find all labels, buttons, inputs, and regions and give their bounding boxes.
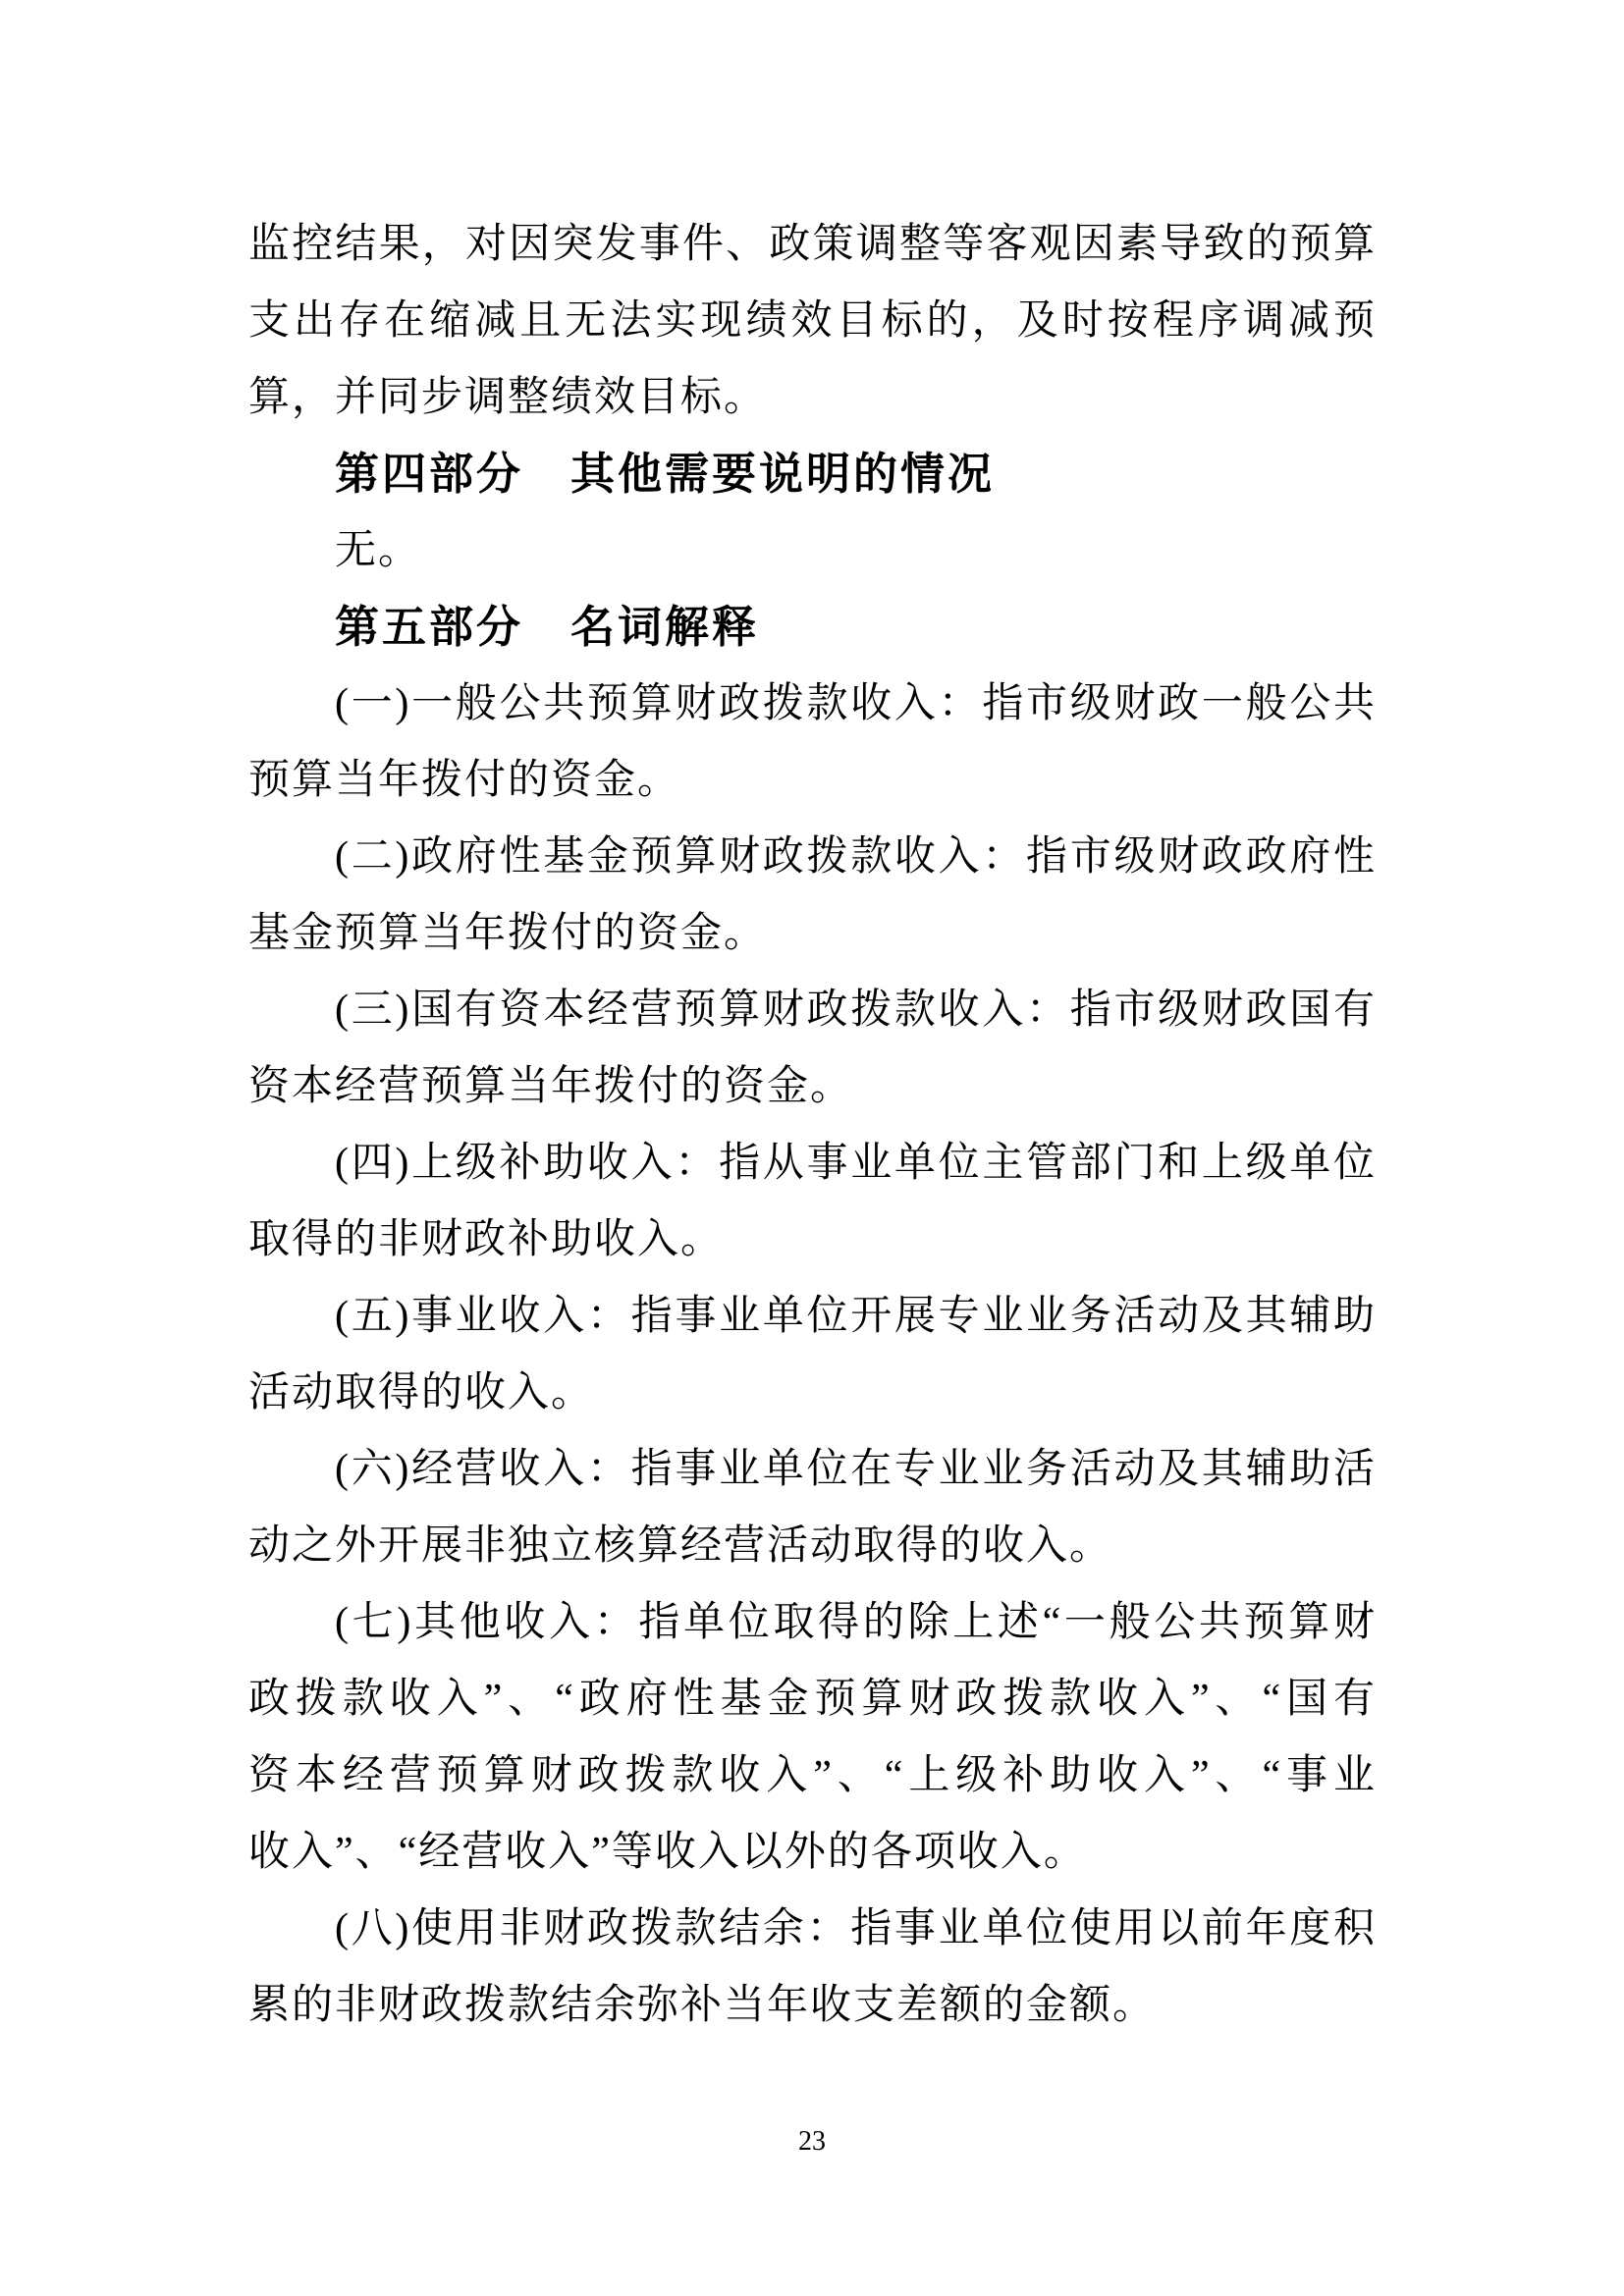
text-line: (四)上级补助收入：指从事业单位主管部门和上级单位: [248, 1125, 1375, 1201]
section-heading: 第五部分 名词解释: [248, 589, 1375, 666]
text-line: 取得的非财政补助收入。: [248, 1201, 1375, 1278]
text-line: 预算当年拨付的资金。: [248, 742, 1375, 819]
text-line: 资本经营预算当年拨付的资金。: [248, 1048, 1375, 1125]
text-line: (一)一般公共预算财政拨款收入：指市级财政一般公共: [248, 666, 1375, 742]
text-line: (六)经营收入：指事业单位在专业业务活动及其辅助活: [248, 1431, 1375, 1508]
text-line: 资本经营预算财政拨款收入”、“上级补助收入”、“事业: [248, 1737, 1375, 1814]
text-line: (八)使用非财政拨款结余：指事业单位使用以前年度积: [248, 1891, 1375, 1967]
text-line: 活动取得的收入。: [248, 1355, 1375, 1431]
document-page: 监控结果，对因突发事件、政策调整等客观因素导致的预算 支出存在缩减且无法实现绩效…: [0, 0, 1624, 2296]
text-line: 累的非财政拨款结余弥补当年收支差额的金额。: [248, 1967, 1375, 2044]
text-line: 算，并同步调整绩效目标。: [248, 359, 1375, 436]
text-line: 动之外开展非独立核算经营活动取得的收入。: [248, 1508, 1375, 1584]
section-heading: 第四部分 其他需要说明的情况: [248, 436, 1375, 512]
text-line: (七)其他收入：指单位取得的除上述“一般公共预算财: [248, 1584, 1375, 1661]
text-line: 支出存在缩减且无法实现绩效目标的，及时按程序调减预: [248, 283, 1375, 359]
text-line: (二)政府性基金预算财政拨款收入：指市级财政政府性: [248, 819, 1375, 895]
page-body: 监控结果，对因突发事件、政策调整等客观因素导致的预算 支出存在缩减且无法实现绩效…: [248, 206, 1375, 2044]
text-line: 无。: [248, 512, 1375, 589]
text-line: 政拨款收入”、“政府性基金预算财政拨款收入”、“国有: [248, 1661, 1375, 1737]
text-line: 监控结果，对因突发事件、政策调整等客观因素导致的预算: [248, 206, 1375, 283]
text-line: 收入”、“经营收入”等收入以外的各项收入。: [248, 1814, 1375, 1891]
page-number: 23: [0, 2128, 1624, 2156]
text-line: 基金预算当年拨付的资金。: [248, 895, 1375, 972]
text-line: (五)事业收入：指事业单位开展专业业务活动及其辅助: [248, 1278, 1375, 1355]
text-line: (三)国有资本经营预算财政拨款收入：指市级财政国有: [248, 972, 1375, 1048]
